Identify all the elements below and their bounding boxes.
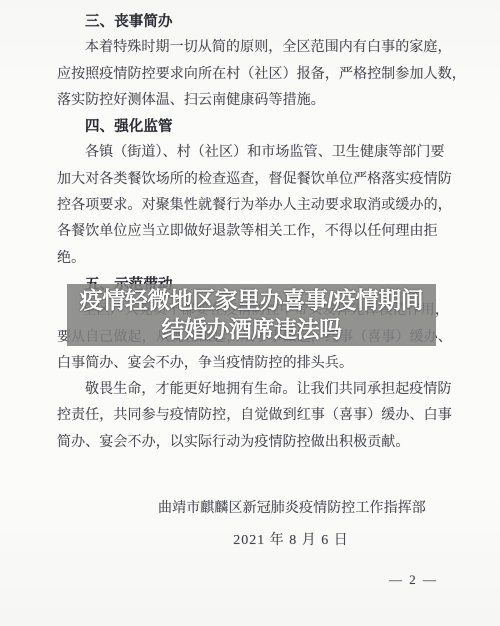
banner-line-2: 结婚办酒席违法吗: [67, 315, 436, 344]
doc-line: 控各项要求。对聚集性就餐行为举办人主动要求取消或缓办的，: [57, 193, 449, 219]
doc-line: 四、强化监管: [57, 114, 449, 140]
doc-line: 三、丧事简办: [57, 9, 449, 35]
document-body: 三、丧事简办本着特殊时期一切从简的原则，全区范围内有白事的家庭，应按照疫情防控要…: [57, 9, 449, 456]
doc-line: 敬畏生命，才能更好地拥有生命。让我们共同承担起疫情防: [57, 377, 449, 403]
doc-line: 绝。: [57, 246, 449, 272]
doc-line: 加大对各类餐饮场所的检查巡查，督促餐饮单位严格落实疫情防: [57, 167, 449, 193]
doc-line: 各餐饮单位应当立即做好退款等相关工作，不得以任何理由拒: [57, 219, 449, 245]
signature-date: 2021 年 8 月 6 日: [158, 529, 424, 549]
signature-org: 曲靖市麒麟区新冠肺炎疫情防控工作指挥部: [158, 500, 424, 517]
doc-line: 应按照疫情防控要求向所在村（社区）报备，严格控制参加人数，: [57, 62, 449, 88]
banner-line-1: 疫情轻微地区家里办喜事/疫情期间: [67, 286, 436, 315]
doc-line: 各镇（街道）、村（社区）和市场监管、卫生健康等部门要: [57, 140, 449, 166]
subtitle-overlay-banner: 疫情轻微地区家里办喜事/疫情期间 结婚办酒席违法吗: [67, 284, 436, 346]
doc-line: 控责任，共同参与疫情防控，自觉做到红事（喜事）缓办、白事: [57, 403, 449, 429]
doc-line: 落实防控好测体温、扫云南健康码等措施。: [57, 88, 449, 114]
doc-line: 白事简办、宴会不办，争当疫情防控的排头兵。: [57, 351, 449, 377]
signature-block: 曲靖市麒麟区新冠肺炎疫情防控工作指挥部 2021 年 8 月 6 日: [158, 500, 424, 549]
screenshot-root: 三、丧事简办本着特殊时期一切从简的原则，全区范围内有白事的家庭，应按照疫情防控要…: [0, 0, 500, 626]
doc-line: 简办、宴会不办，以实际行动为疫情防控做出积极贡献。: [57, 430, 449, 456]
page-number: — 2 —: [389, 572, 438, 588]
doc-line: 本着特殊时期一切从简的原则，全区范围内有白事的家庭，: [57, 35, 449, 61]
